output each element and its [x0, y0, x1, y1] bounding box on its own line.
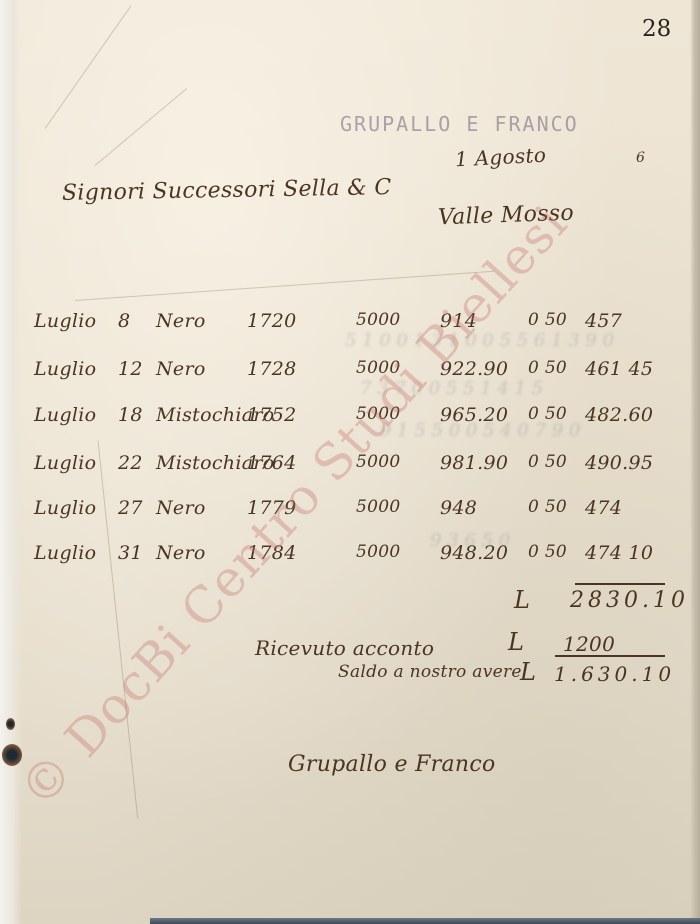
advance-label: Ricevuto acconto	[255, 636, 434, 660]
entry-amount: 474	[585, 497, 622, 519]
entry-day: 12	[118, 358, 143, 380]
entry-rate: 0 50	[528, 452, 567, 472]
entry-amount: 490.95	[585, 452, 653, 474]
advance-underline	[555, 655, 665, 657]
document-page: 28 GRUPALLO E FRANCO 1 Agosto 6 Signori …	[0, 0, 700, 924]
entry-day: 22	[118, 452, 143, 474]
entry-number: 1728	[247, 358, 297, 380]
entry-quantity: 5000	[356, 310, 400, 330]
entry-month: Luglio	[34, 542, 96, 564]
binding-hole	[6, 718, 15, 730]
balance-label: Saldo a nostro avere	[338, 662, 522, 682]
signature: Grupallo e Franco	[288, 752, 496, 777]
entry-amount: 461 45	[585, 358, 653, 380]
entry-rate: 0 50	[528, 358, 567, 378]
entry-number: 1720	[247, 310, 297, 332]
entry-month: Luglio	[34, 404, 96, 426]
entry-amount: 474 10	[585, 542, 653, 564]
addressee-name: Signori Successori Sella & C	[62, 175, 392, 206]
date-mark: 6	[636, 150, 645, 166]
entry-rate: 0 50	[528, 542, 567, 562]
entry-color: Nero	[156, 497, 206, 519]
balance-amount: 1.630.10	[554, 662, 675, 686]
paper-crease	[95, 88, 188, 166]
entry-color: Nero	[156, 542, 206, 564]
entry-number: 1752	[247, 404, 297, 426]
entry-day: 8	[118, 310, 130, 332]
entry-month: Luglio	[34, 497, 96, 519]
entry-color: Nero	[156, 358, 206, 380]
entry-month: Luglio	[34, 310, 96, 332]
entry-rate: 0 50	[528, 310, 567, 330]
total-underline	[575, 583, 665, 585]
entry-month: Luglio	[34, 358, 96, 380]
entry-quantity: 5000	[356, 497, 400, 517]
entry-rate: 0 50	[528, 497, 567, 517]
entry-price: 948	[440, 497, 477, 519]
entry-price: 965.20	[440, 404, 508, 426]
paper-crease	[45, 5, 132, 128]
total-currency: L	[514, 586, 530, 614]
entry-row: Luglio 12 Nero 1728 5000 922.90 0 50 461…	[0, 358, 700, 398]
entry-day: 18	[118, 404, 143, 426]
letter-date: 1 Agosto	[454, 143, 546, 172]
entry-day: 31	[118, 542, 143, 564]
entry-price: 981.90	[440, 452, 508, 474]
advance-currency: L	[508, 628, 524, 656]
entry-quantity: 5000	[356, 542, 400, 562]
advance-amount: 1200	[563, 632, 615, 656]
page-number: 28	[642, 16, 671, 42]
entry-month: Luglio	[34, 452, 96, 474]
entry-price: 948.20	[440, 542, 508, 564]
entry-row: Luglio 31 Nero 1784 5000 948.20 0 50 474…	[0, 542, 700, 582]
entry-color: Nero	[156, 310, 206, 332]
entry-amount: 457	[585, 310, 622, 332]
binding-hole	[2, 744, 22, 766]
paper-crease	[75, 271, 494, 301]
entry-day: 27	[118, 497, 143, 519]
entry-rate: 0 50	[528, 404, 567, 424]
entry-row: Luglio 27 Nero 1779 5000 948 0 50 474	[0, 497, 700, 537]
entry-row: Luglio 8 Nero 1720 5000 914 0 50 457	[0, 310, 700, 350]
company-stamp: GRUPALLO E FRANCO	[340, 112, 579, 136]
page-bottom-edge	[150, 918, 700, 924]
entry-amount: 482.60	[585, 404, 653, 426]
balance-currency: L	[520, 658, 536, 686]
total-amount: 2830.10	[570, 588, 689, 613]
